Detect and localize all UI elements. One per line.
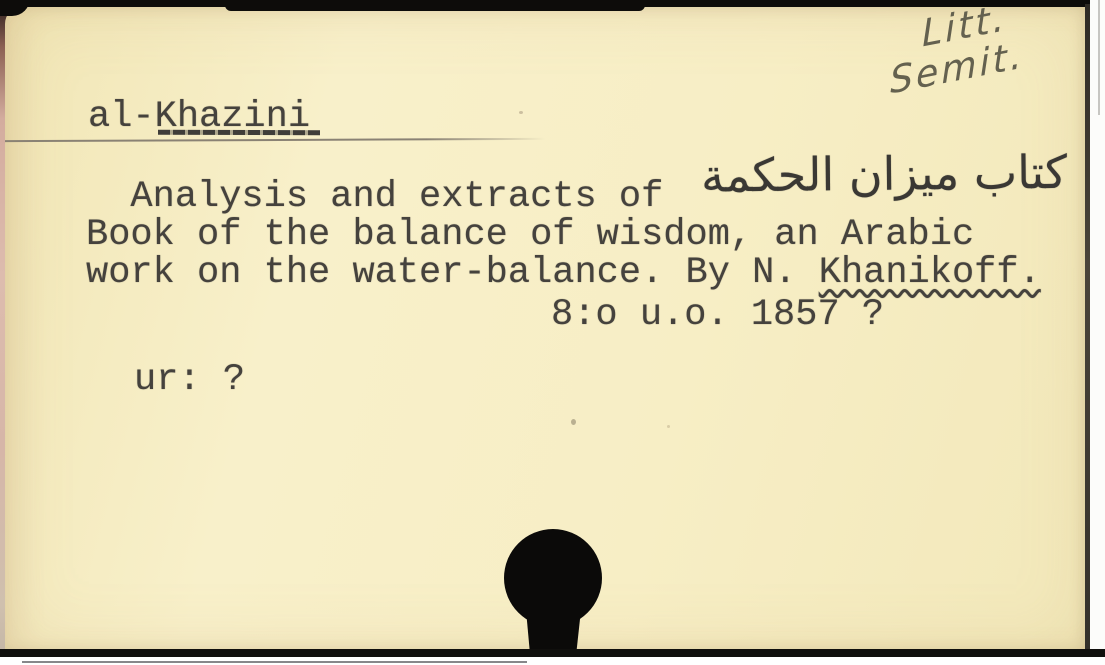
heading-typed-underline: [158, 130, 320, 136]
card-bottom-edge: [0, 649, 1105, 657]
body-line-2: Book of the balance of wisdom, an Arabic: [86, 216, 974, 254]
scan-artifact-line: [1098, 0, 1100, 115]
scanned-catalog-card: Litt. Semit. al-Khazini Analysis and ext…: [0, 0, 1105, 665]
paper-speck: [571, 419, 576, 425]
paper-speck: [519, 111, 523, 114]
body-line-1: Analysis and extracts of: [86, 178, 663, 216]
imprint-line: 8:o u.o. 1857 ?: [551, 296, 884, 334]
body-line-3-text: work on the water-balance. By N.: [86, 252, 819, 294]
holdings-line: ur: ?: [134, 361, 245, 399]
scan-artifact-bottom-line: [22, 661, 527, 663]
handwritten-arabic-title: كتاب ميزان الحكمة: [655, 142, 1068, 206]
author-name-underlined: Khanikoff.: [819, 252, 1041, 294]
catalog-drawer-rod-hole: [475, 524, 635, 665]
body-line-3: work on the water-balance. By N. Khaniko…: [86, 254, 1041, 292]
paper-speck: [667, 425, 670, 428]
scan-top-edge-shadow: [225, 0, 645, 11]
